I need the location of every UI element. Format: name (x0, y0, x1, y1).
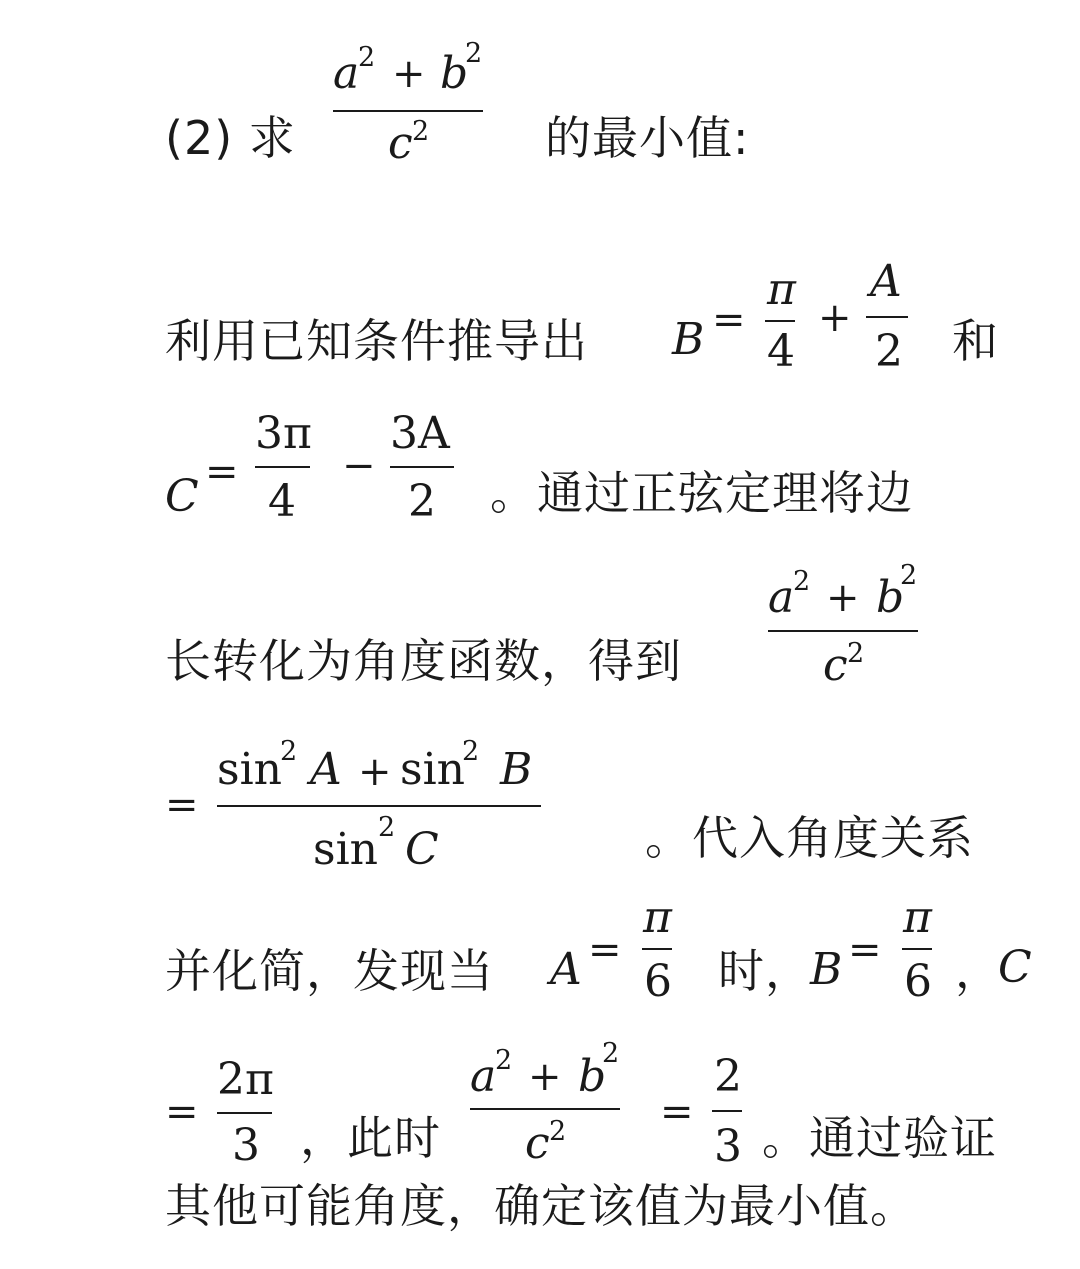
fraction-bar (712, 1110, 742, 1112)
sin-label: sin (217, 748, 282, 792)
exponent: 2 (793, 568, 810, 595)
line5-comma: ， (955, 948, 1002, 994)
frac-denominator: c (525, 1122, 550, 1166)
var-B: B (672, 318, 704, 362)
line3-text: 长转化为角度函数，得到 (165, 638, 682, 684)
sin-label: sin (400, 748, 465, 792)
exponent: 2 (358, 44, 375, 71)
fraction-bar (768, 630, 918, 632)
equals-sign: = (165, 1092, 199, 1132)
line2-tail: 。通过正弦定理将边 (490, 470, 913, 516)
frac-num: π (767, 268, 796, 312)
fraction-bar (470, 1108, 620, 1110)
plus-sign: + (392, 54, 426, 94)
fraction-bar (390, 466, 454, 468)
frac-denominator: c (388, 122, 413, 166)
fraction-bar (333, 110, 483, 112)
frac-den: 4 (767, 330, 795, 374)
fraction-bar (642, 948, 672, 950)
var-B: B (500, 748, 532, 792)
var-A: A (550, 948, 582, 992)
fraction-bar (255, 466, 310, 468)
exponent: 2 (378, 814, 395, 841)
line6-mid: ，此时 (300, 1115, 441, 1161)
frac-num: A (870, 260, 902, 304)
equals-sign: = (205, 452, 239, 492)
var-C: C (405, 828, 439, 872)
frac-denominator: c (823, 644, 848, 688)
exponent: 2 (462, 738, 479, 765)
exponent: 2 (602, 1040, 619, 1067)
frac-num: 3π (255, 412, 312, 456)
frac-den: 6 (644, 960, 672, 1004)
frac-num: 3A (390, 412, 450, 456)
line1-tail: 和 (952, 318, 999, 364)
plus-sign: + (818, 298, 852, 338)
frac-num: π (643, 896, 672, 940)
exponent: 2 (495, 1047, 512, 1074)
fraction-bar (902, 948, 932, 950)
plus-sign: + (528, 1057, 562, 1097)
fraction-bar (217, 805, 541, 807)
equals-sign: = (165, 785, 199, 825)
exponent: 2 (900, 562, 917, 589)
exponent: 2 (465, 40, 482, 67)
var-C: C (165, 475, 199, 519)
line5-text: 并化简，发现当 (165, 948, 494, 994)
plus-sign: + (358, 752, 392, 792)
equals-sign: = (660, 1092, 694, 1132)
var-C: C (998, 946, 1032, 990)
frac-numerator-b: b (440, 52, 468, 96)
frac-numerator: a (470, 1055, 496, 1099)
frac-den: 2 (875, 330, 903, 374)
frac-num: 2 (714, 1055, 742, 1099)
line5-mid: 时， (718, 948, 812, 994)
equals-sign: = (848, 930, 882, 970)
exponent: 2 (280, 738, 297, 765)
frac-den: 4 (268, 480, 296, 524)
line1-text: 利用已知条件推导出 (165, 318, 588, 364)
frac-numerator: a (333, 52, 359, 96)
equals-sign: = (712, 300, 746, 340)
frac-den: 6 (904, 960, 932, 1004)
heading-suffix: 的最小值: (545, 115, 750, 161)
line4-tail: 。代入角度关系 (645, 815, 974, 861)
fraction-bar (866, 316, 908, 318)
frac-num: 2π (217, 1058, 274, 1102)
var-B: B (810, 948, 842, 992)
sin-label: sin (313, 828, 378, 872)
fraction-bar (217, 1112, 272, 1114)
frac-num: π (903, 896, 932, 940)
minus-sign: − (342, 446, 376, 486)
fraction-bar (765, 320, 795, 322)
heading-prefix: (2) 求 (165, 115, 296, 161)
exponent: 2 (549, 1118, 566, 1145)
frac-den: 3 (714, 1125, 742, 1169)
exponent: 2 (412, 118, 429, 145)
plus-sign: + (826, 578, 860, 618)
frac-den: 2 (408, 480, 436, 524)
var-A: A (310, 748, 342, 792)
exponent: 2 (847, 640, 864, 667)
frac-den: 3 (232, 1124, 260, 1168)
line7-text: 其他可能角度，确定该值为最小值。 (165, 1183, 917, 1229)
equals-sign: = (588, 930, 622, 970)
frac-numerator: a (768, 576, 794, 620)
line6-tail: 。通过验证 (762, 1115, 997, 1161)
